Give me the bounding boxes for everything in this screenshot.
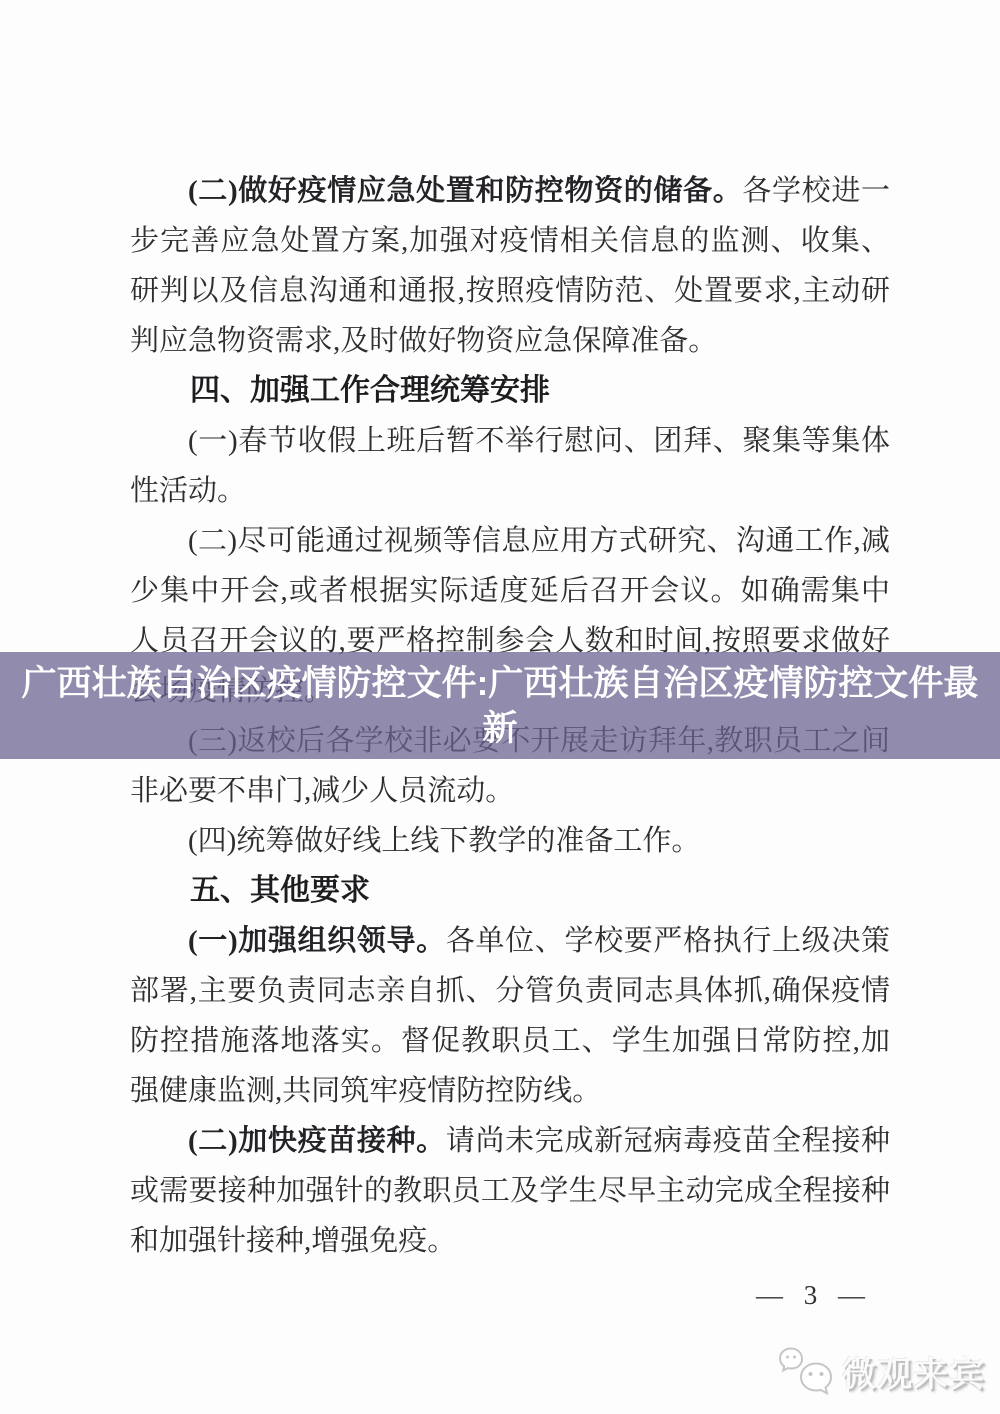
paragraph: (二)做好疫情应急处置和防控物资的储备。各学校进一步完善应急处置方案,加强对疫情… — [130, 166, 890, 366]
paragraph: (二)加快疫苗接种。请尚未完成新冠病毒疫苗全程接种或需要接种加强针的教职员工及学… — [130, 1116, 890, 1266]
chat-bubbles-icon — [778, 1346, 834, 1396]
page-number: — 3 — — [130, 1270, 890, 1320]
scanned-document-page: (二)做好疫情应急处置和防控物资的储备。各学校进一步完善应急处置方案,加强对疫情… — [0, 0, 1000, 1414]
watermark: 微观来宾 — [778, 1346, 986, 1396]
paragraph-lead: (二)做好疫情应急处置和防控物资的储备。 — [188, 175, 742, 207]
paragraph: (四)统筹做好线上线下教学的准备工作。 — [130, 816, 890, 866]
section-heading-4: 四、加强工作合理统筹安排 — [130, 366, 890, 416]
section-heading-5: 五、其他要求 — [130, 866, 890, 916]
banner-title: 广西壮族自治区疫情防控文件:广西壮族自治区疫情防控文件最新 — [16, 661, 984, 751]
paragraph: (一)加强组织领导。各单位、学校要严格执行上级决策部署,主要负责同志亲自抓、分管… — [130, 916, 890, 1116]
watermark-label: 微观来宾 — [842, 1347, 986, 1396]
paragraph-lead: (一)加强组织领导。 — [188, 925, 446, 957]
paragraph-text: (一)春节收假上班后暂不举行慰问、团拜、聚集等集体性活动。 — [130, 425, 890, 507]
title-banner-overlay: 广西壮族自治区疫情防控文件:广西壮族自治区疫情防控文件最新 — [0, 652, 1000, 759]
paragraph-lead: (二)加快疫苗接种。 — [188, 1125, 446, 1157]
paragraph: (一)春节收假上班后暂不举行慰问、团拜、聚集等集体性活动。 — [130, 416, 890, 516]
paragraph-text: (四)统筹做好线上线下教学的准备工作。 — [188, 825, 700, 857]
